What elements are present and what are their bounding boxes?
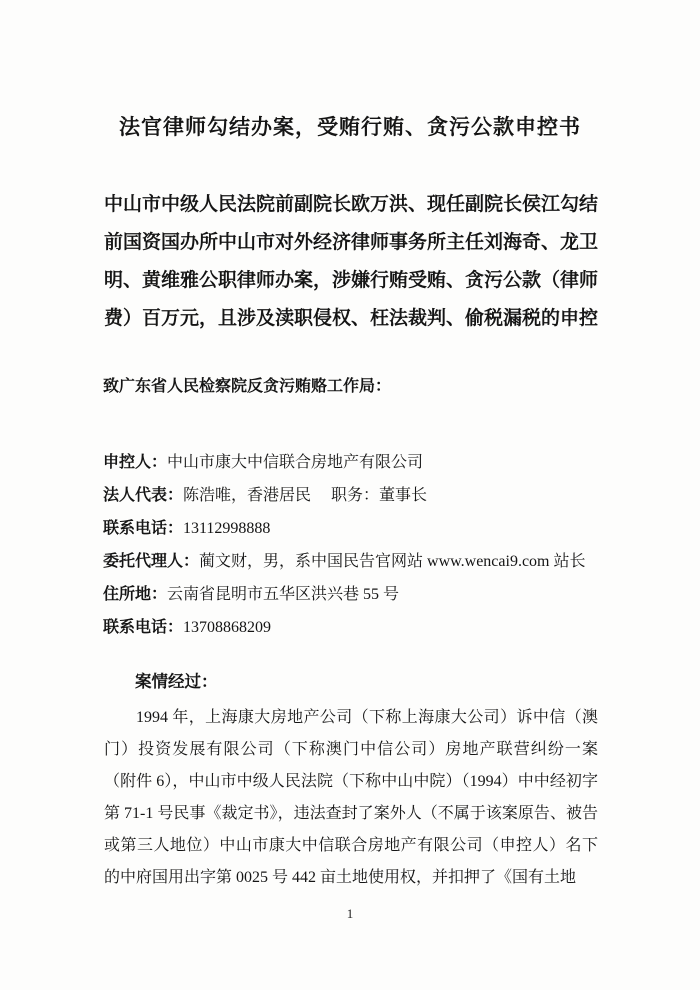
party-row-claimant: 申控人：中山市康大中信联合房地产有限公司 — [103, 446, 603, 479]
document-title: 法官律师勾结办案，受贿行贿、贪污公款申控书 — [0, 110, 700, 144]
party-row-legal-representative: 法人代表：陈浩唯，香港居民 职务：董事长 — [103, 479, 603, 512]
party-row-agent: 委托代理人：蔺文财，男，系中国民告官网站 www.wencai9.com 站长 — [103, 545, 603, 578]
salutation-line: 致广东省人民检察院反贪污贿赂工作局： — [103, 374, 597, 400]
party-row-phone-1: 联系电话：13112998888 — [103, 512, 603, 545]
party-label: 住所地： — [103, 586, 167, 603]
intro-paragraph: 中山市中级人民法院前副院长欧万洪、现任副院长侯江勾结前国资国办所中山市对外经济律… — [104, 186, 598, 338]
party-value: 中山市康大中信联合房地产有限公司 — [167, 454, 423, 471]
party-label: 联系电话： — [103, 520, 183, 537]
party-value: 13112998888 — [183, 520, 270, 537]
party-label: 申控人： — [103, 454, 167, 471]
party-info-block: 申控人：中山市康大中信联合房地产有限公司 法人代表：陈浩唯，香港居民 职务：董事… — [103, 446, 603, 644]
party-value: 蔺文财，男，系中国民告官网站 www.wencai9.com 站长 — [199, 553, 585, 570]
party-value: 13708868209 — [183, 619, 271, 636]
party-row-phone-2: 联系电话：13708868209 — [103, 611, 603, 644]
section-heading-case-history: 案情经过： — [103, 668, 629, 696]
party-label: 联系电话： — [103, 619, 183, 636]
party-label: 委托代理人： — [103, 553, 199, 570]
party-value: 云南省昆明市五华区洪兴巷 55 号 — [167, 586, 399, 603]
case-history-paragraph: 1994 年，上海康大房地产公司（下称上海康大公司）诉中信（澳门）投资发展有限公… — [104, 702, 598, 894]
document-page: 法官律师勾结办案，受贿行贿、贪污公款申控书 中山市中级人民法院前副院长欧万洪、现… — [0, 0, 700, 990]
page-number: 1 — [0, 905, 700, 923]
party-row-address: 住所地：云南省昆明市五华区洪兴巷 55 号 — [103, 578, 603, 611]
party-value: 陈浩唯，香港居民 职务：董事长 — [183, 487, 427, 504]
party-label: 法人代表： — [103, 487, 183, 504]
